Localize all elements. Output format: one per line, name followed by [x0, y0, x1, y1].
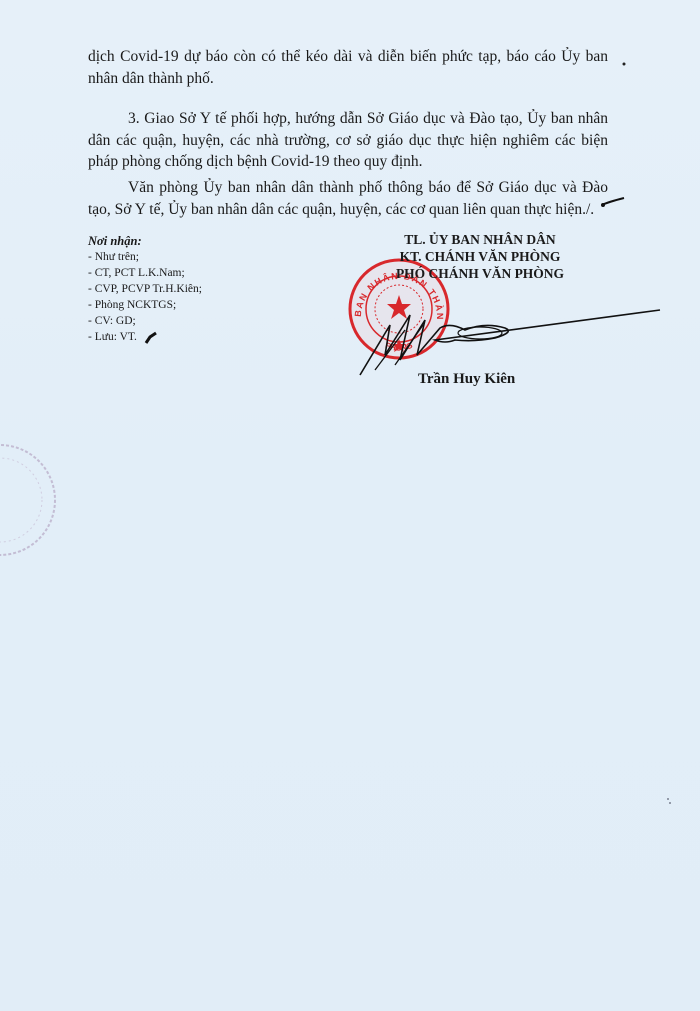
- recipient-item: - CVP, PCVP Tr.H.Kiên;: [88, 281, 202, 297]
- recipient-item-text: - Lưu: VT.: [88, 331, 137, 343]
- checkmark-icon: [144, 331, 158, 345]
- signature-line-1: TL. ỦY BAN NHÂN DÂN: [370, 231, 590, 248]
- checkmark-icon: [600, 196, 626, 208]
- paragraph-3: 3. Giao Sở Y tế phối hợp, hướng dẫn Sở G…: [88, 108, 608, 173]
- recipient-item: - CT, PCT L.K.Nam;: [88, 265, 202, 281]
- signer-name: Trần Huy Kiên: [418, 371, 515, 388]
- scan-speck-icon: [665, 795, 673, 807]
- recipients-title: Nơi nhận:: [88, 233, 202, 249]
- closing-paragraph: Văn phòng Ủy ban nhân dân thành phố thôn…: [88, 177, 608, 220]
- recipients-list: Nơi nhận: - Như trên; - CT, PCT L.K.Nam;…: [88, 233, 202, 345]
- ink-mark-icon: [620, 60, 628, 68]
- document-page: dịch Covid-19 dự báo còn có thể kéo dài …: [0, 0, 700, 1011]
- signature-line-2: KT. CHÁNH VĂN PHÒNG: [370, 248, 590, 265]
- recipient-item: - Phòng NCKTGS;: [88, 297, 202, 313]
- signature-line-3: PHÓ CHÁNH VĂN PHÒNG: [370, 265, 590, 282]
- signature-block: TL. ỦY BAN NHÂN DÂN KT. CHÁNH VĂN PHÒNG …: [370, 231, 590, 282]
- recipient-item: - Lưu: VT.: [88, 329, 202, 345]
- faded-stamp-icon: [0, 440, 60, 560]
- recipient-item: - Như trên;: [88, 249, 202, 265]
- paragraph-continuation: dịch Covid-19 dự báo còn có thể kéo dài …: [88, 46, 608, 89]
- recipient-item: - CV: GD;: [88, 313, 202, 329]
